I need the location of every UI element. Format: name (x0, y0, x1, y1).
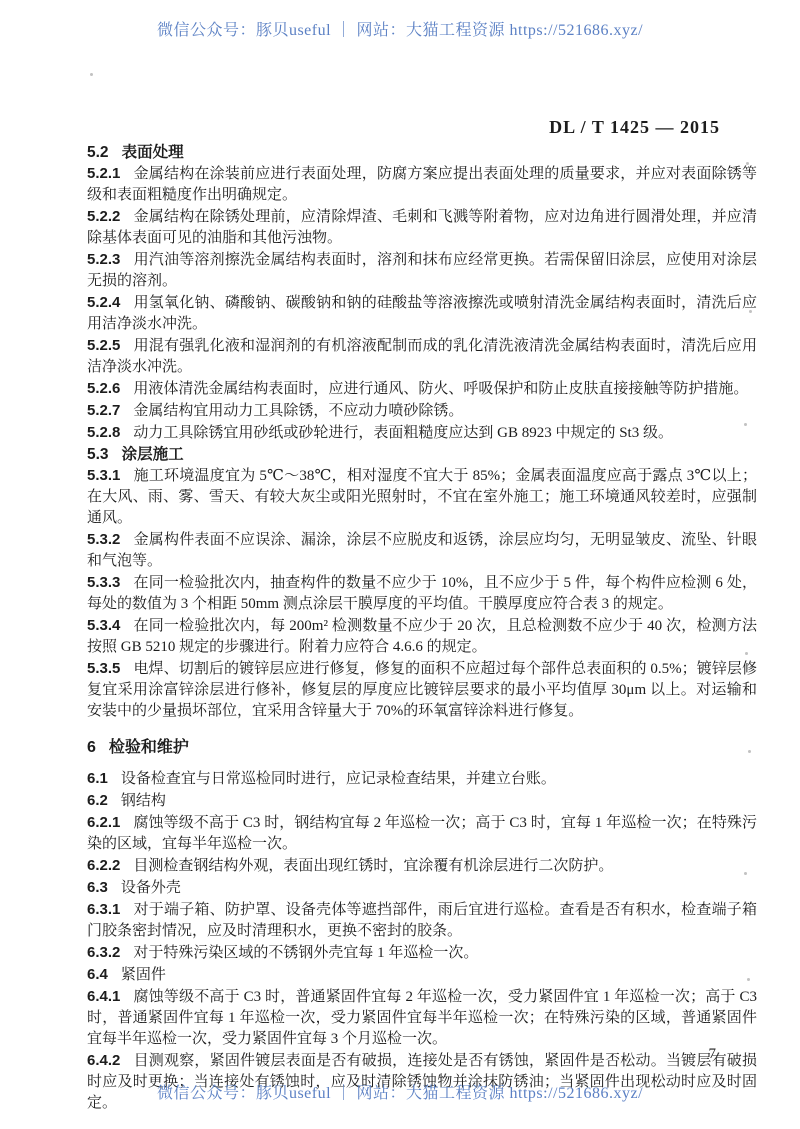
clause: 6.1设备检查宜与日常巡检同时进行，应记录检查结果，并建立台账。 (87, 768, 757, 790)
clause-text: 用汽油等溶剂擦洗金属结构表面时，溶剂和抹布应经常更换。若需保留旧涂层，应使用对涂… (87, 252, 757, 289)
scan-speck (744, 423, 747, 426)
clause-number: 6 (87, 739, 96, 756)
clause-text: 目测检查钢结构外观，表面出现红锈时，宜涂覆有机涂层进行二次防护。 (133, 858, 613, 874)
clause: 5.3.5电焊、切割后的镀锌层应进行修复，修复的面积不应超过每个部件总表面积的 … (87, 658, 757, 722)
clause: 5.2.1金属结构在涂装前应进行表面处理，防腐方案应提出表面处理的质量要求，并应… (87, 163, 757, 206)
clause-number: 6.2.1 (87, 814, 120, 831)
clause-number: 6.4.1 (87, 988, 120, 1005)
section-title: 检验和维护 (109, 739, 189, 756)
scan-speck (747, 978, 750, 981)
clause-text: 金属构件表面不应误涂、漏涂，涂层不应脱皮和返锈，涂层应均匀，无明显皱皮、流坠、针… (87, 532, 757, 569)
section-title: 表面处理 (122, 144, 184, 161)
clause: 6.3设备外壳 (87, 877, 757, 899)
clause-text: 用氢氧化钠、磷酸钠、碳酸钠和钠的硅酸盐等溶液擦洗或喷射清洗金属结构表面时，清洗后… (87, 295, 757, 332)
clause-text: 金属结构在除锈处理前，应清除焊渣、毛刺和飞溅等附着物，应对边角进行圆滑处理，并应… (87, 209, 757, 246)
footer-watermark: 微信公众号：豚贝useful ｜ 网站：大猫工程资源 https://52168… (0, 1080, 800, 1103)
clause-text: 钢结构 (121, 793, 166, 809)
page-number: 7 (709, 1046, 717, 1063)
clause-text: 设备检查宜与日常巡检同时进行，应记录检查结果，并建立台账。 (121, 771, 556, 787)
scan-speck (745, 652, 748, 655)
clause: 5.2.6用液体清洗金属结构表面时，应进行通风、防火、呼吸保护和防止皮肤直接接触… (87, 378, 757, 400)
section-heading: 5.3涂层施工 (87, 444, 757, 465)
clause-number: 5.2.3 (87, 251, 120, 268)
scan-speck (749, 310, 752, 313)
scan-speck (748, 750, 751, 753)
clause: 5.2.4用氢氧化钠、磷酸钠、碳酸钠和钠的硅酸盐等溶液擦洗或喷射清洗金属结构表面… (87, 292, 757, 335)
clause: 5.3.3在同一检验批次内，抽查构件的数量不应少于 10%，且不应少于 5 件，… (87, 572, 757, 615)
clause: 6.4.1腐蚀等级不高于 C3 时，普通紧固件宜每 2 年巡检一次，受力紧固件宜… (87, 986, 757, 1050)
clause-text: 用混有强乳化液和湿润剂的有机溶液配制而成的乳化清洗液清洗金属结构表面时，清洗后应… (87, 338, 757, 375)
scan-speck (744, 872, 747, 875)
scan-speck (748, 540, 751, 543)
clause: 5.2.5用混有强乳化液和湿润剂的有机溶液配制而成的乳化清洗液清洗金属结构表面时… (87, 335, 757, 378)
clause: 5.2.3用汽油等溶剂擦洗金属结构表面时，溶剂和抹布应经常更换。若需保留旧涂层，… (87, 249, 757, 292)
clause-text: 腐蚀等级不高于 C3 时，钢结构宜每 2 年巡检一次；高于 C3 时，宜每 1 … (87, 815, 757, 852)
clause-number: 6.3.2 (87, 944, 120, 961)
clause: 6.2.2目测检查钢结构外观，表面出现红锈时，宜涂覆有机涂层进行二次防护。 (87, 855, 757, 877)
clause-text: 用液体清洗金属结构表面时，应进行通风、防火、呼吸保护和防止皮肤直接接触等防护措施… (133, 381, 748, 397)
clause-text: 金属结构宜用动力工具除锈，不应动力喷砂除锈。 (133, 403, 463, 419)
clause-text: 施工环境温度宜为 5℃～38℃，相对湿度不宜大于 85%；金属表面温度应高于露点… (87, 468, 757, 526)
clause-number: 5.2 (87, 144, 109, 161)
clause: 6.4紧固件 (87, 964, 757, 986)
clause-number: 6.3 (87, 879, 108, 896)
clause-text: 设备外壳 (121, 880, 181, 896)
doc-number: DL / T 1425 — 2015 (549, 117, 720, 138)
clause: 5.3.4在同一检验批次内，每 200m² 检测数量不应少于 20 次，且总检测… (87, 615, 757, 658)
clause: 5.2.7金属结构宜用动力工具除锈，不应动力喷砂除锈。 (87, 400, 757, 422)
clause-text: 在同一检验批次内，每 200m² 检测数量不应少于 20 次，且总检测数不应少于… (87, 618, 757, 655)
clause-text: 紧固件 (121, 967, 166, 983)
clause-number: 5.2.1 (87, 165, 120, 182)
clause-number: 6.1 (87, 770, 108, 787)
document-page: 微信公众号：豚贝useful ｜ 网站：大猫工程资源 https://52168… (0, 0, 800, 1129)
clause-number: 5.3.4 (87, 617, 120, 634)
clause-number: 5.2.8 (87, 424, 120, 441)
clause: 6.2钢结构 (87, 790, 757, 812)
clause-number: 5.2.4 (87, 294, 120, 311)
clause: 5.2.8动力工具除锈宜用砂纸或砂轮进行，表面粗糙度应达到 GB 8923 中规… (87, 422, 757, 444)
clause-number: 6.4 (87, 966, 108, 983)
scan-speck (746, 162, 749, 165)
clause-number: 5.3 (87, 446, 109, 463)
clause-number: 5.2.5 (87, 337, 120, 354)
clause-number: 5.3.1 (87, 467, 120, 484)
clause: 5.3.2金属构件表面不应误涂、漏涂，涂层不应脱皮和返锈，涂层应均匀，无明显皱皮… (87, 529, 757, 572)
clause-number: 5.3.2 (87, 531, 120, 548)
section-heading: 5.2表面处理 (87, 142, 757, 163)
clause-text: 对于端子箱、防护罩、设备壳体等遮挡部件，雨后宜进行巡检。查看是否有积水，检查端子… (87, 902, 757, 939)
scan-speck (90, 73, 93, 76)
clause-text: 腐蚀等级不高于 C3 时，普通紧固件宜每 2 年巡检一次，受力紧固件宜 1 年巡… (87, 989, 757, 1047)
clause: 6.3.2对于特殊污染区域的不锈钢外壳宜每 1 年巡检一次。 (87, 942, 757, 964)
clause-text: 对于特殊污染区域的不锈钢外壳宜每 1 年巡检一次。 (133, 945, 478, 961)
clause-number: 5.2.7 (87, 402, 120, 419)
clause-number: 6.4.2 (87, 1052, 120, 1069)
document-body: 5.2表面处理5.2.1金属结构在涂装前应进行表面处理，防腐方案应提出表面处理的… (87, 142, 757, 1114)
clause-number: 5.2.6 (87, 380, 120, 397)
clause: 6.3.1对于端子箱、防护罩、设备壳体等遮挡部件，雨后宜进行巡检。查看是否有积水… (87, 899, 757, 942)
clause-text: 金属结构在涂装前应进行表面处理，防腐方案应提出表面处理的质量要求，并应对表面除锈… (87, 166, 757, 203)
clause: 6.2.1腐蚀等级不高于 C3 时，钢结构宜每 2 年巡检一次；高于 C3 时，… (87, 812, 757, 855)
clause-number: 6.3.1 (87, 901, 120, 918)
clause-number: 5.2.2 (87, 208, 120, 225)
clause-number: 5.3.3 (87, 574, 120, 591)
clause-number: 6.2.2 (87, 857, 120, 874)
clause: 5.3.1施工环境温度宜为 5℃～38℃，相对湿度不宜大于 85%；金属表面温度… (87, 465, 757, 529)
clause-text: 动力工具除锈宜用砂纸或砂轮进行，表面粗糙度应达到 GB 8923 中规定的 St… (133, 425, 673, 441)
clause-text: 电焊、切割后的镀锌层应进行修复，修复的面积不应超过每个部件总表面积的 0.5%；… (87, 661, 757, 719)
header-watermark: 微信公众号：豚贝useful ｜ 网站：大猫工程资源 https://52168… (0, 17, 800, 40)
clause-text: 在同一检验批次内，抽查构件的数量不应少于 10%，且不应少于 5 件，每个构件应… (87, 575, 757, 612)
clause: 5.2.2金属结构在除锈处理前，应清除焊渣、毛刺和飞溅等附着物，应对边角进行圆滑… (87, 206, 757, 249)
section-heading: 6检验和维护 (87, 737, 757, 758)
clause-number: 6.2 (87, 792, 108, 809)
clause-number: 5.3.5 (87, 660, 120, 677)
section-title: 涂层施工 (122, 446, 184, 463)
